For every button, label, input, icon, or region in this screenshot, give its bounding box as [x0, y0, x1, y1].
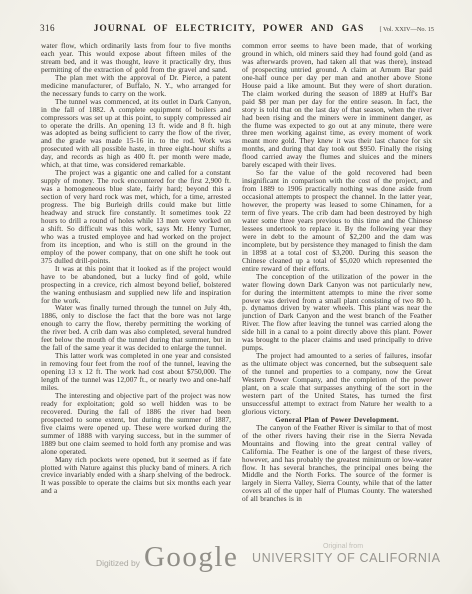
paragraph: water flow, which ordinarily lasts from …: [41, 42, 231, 74]
paragraph: So far the value of the gold recovered h…: [242, 169, 432, 272]
journal-title: JOURNAL OF ELECTRICITY, POWER AND GAS: [94, 24, 365, 34]
scanned-journal-page: 316 JOURNAL OF ELECTRICITY, POWER AND GA…: [0, 0, 472, 594]
paragraph: The project had amounted to a series of …: [242, 352, 432, 416]
two-column-body: water flow, which ordinarily lasts from …: [41, 42, 433, 560]
paragraph: The canyon of the Feather River is simil…: [242, 424, 432, 504]
paragraph: The project was a gigantic one and calle…: [41, 169, 231, 264]
page-header: 316 JOURNAL OF ELECTRICITY, POWER AND GA…: [40, 23, 434, 34]
paragraph: It was at this point that it looked as i…: [41, 265, 231, 305]
volume-info: [ Vol. XXIV—No. 15: [364, 26, 434, 33]
page-number: 316: [40, 23, 94, 33]
paragraph: The tunnel was commenced, at its outlet …: [41, 98, 231, 170]
paragraph: The plan met with the approval of Dr. Pi…: [41, 74, 231, 98]
paragraph: Many rich pockets were opened, but it se…: [41, 456, 231, 496]
paragraph: The conception of the utilization of the…: [242, 273, 432, 353]
paragraph: Water was finally turned through the tun…: [41, 304, 231, 352]
paragraph: This latter work was completed in one ye…: [41, 352, 231, 392]
right-column: common error seems to have been made, th…: [242, 42, 432, 560]
paragraph: The interesting and objective part of th…: [41, 392, 231, 456]
left-column: water flow, which ordinarily lasts from …: [41, 42, 231, 560]
paragraph: common error seems to have been made, th…: [242, 42, 432, 169]
